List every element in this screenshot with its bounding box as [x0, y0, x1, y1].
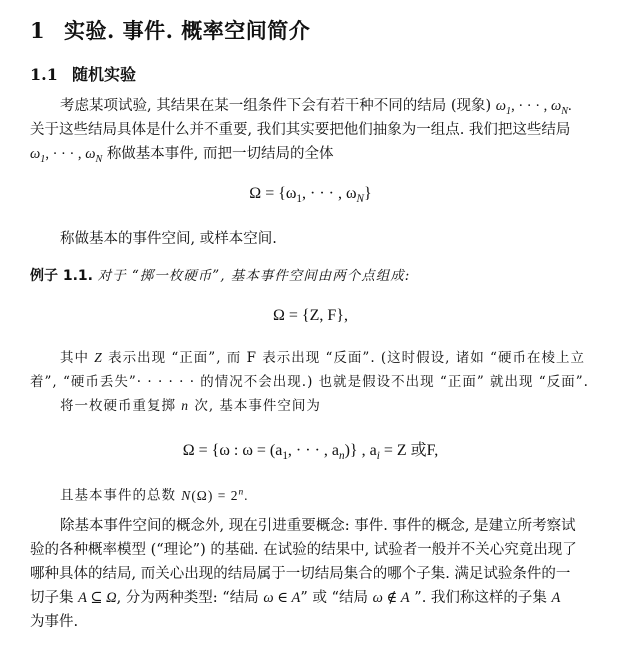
- paragraph3-line3: 哪种具体的结局, 而关心出现的结局属于一切结局集合的哪个子集. 满足试验条件的一: [30, 562, 570, 586]
- example-body-line2: 着”, “硬币丢失”· · · · · · 的情况不会出现.) 也就是假设不出现…: [30, 370, 589, 394]
- equation-repeated-toss: Ω = {ω : ω = (a1, · · · , an)} , ai = Z …: [0, 437, 621, 462]
- example-label: 例子 1.1.: [30, 268, 93, 284]
- subsection-heading: 1.1随机实验: [30, 62, 136, 85]
- paragraph3-line1: 除基本事件空间的概念外, 现在引进重要概念: 事件. 事件的概念, 是建立所考察…: [60, 514, 576, 538]
- equation-coin: Ω = {Z, F},: [0, 307, 621, 325]
- example-heading: 例子 1.1. 对于 “掷一枚硬币”, 基本事件空间由两个点组成:: [30, 264, 410, 288]
- equation-sample-space: Ω = {ω1, · · · , ωN}: [0, 185, 621, 205]
- example-body-line1: 其中 Z 表示出现 “正面”, 而 F 表示出现 “反面”. (这时假设, 诸如…: [60, 346, 585, 370]
- document-page: 1实验. 事件. 概率空间简介 1.1随机实验 考虑某项试验, 其结果在某一组条…: [0, 0, 621, 646]
- paragraph1-line2: 关于这些结局具体是什么并不重要, 我们其实要把他们抽象为一组点. 我们把这些结局: [30, 118, 570, 142]
- example-body-line3: 将一枚硬币重复掷 n 次, 基本事件空间为: [60, 394, 321, 418]
- section-heading: 1实验. 事件. 概率空间简介: [30, 15, 310, 45]
- count-line: 且基本事件的总数 N(Ω) = 2n.: [60, 480, 249, 508]
- paragraph1-line3: ω1, · · · , ωN 称做基本事件, 而把一切结局的全体: [30, 142, 334, 172]
- paragraph-text: 考虑某项试验, 其结果在某一组条件下会有若干种不同的结局 (现象): [60, 98, 491, 114]
- paragraph3-line5: 为事件.: [30, 610, 78, 634]
- paragraph2: 称做基本的事件空间, 或样本空间.: [60, 227, 277, 251]
- section-title: 实验. 事件. 概率空间简介: [64, 18, 310, 43]
- subsection-number: 1.1: [30, 65, 72, 84]
- paragraph3-line4: 切子集 A ⊆ Ω, 分为两种类型: “结局 ω ∈ A” 或 “结局 ω ∉ …: [30, 586, 560, 610]
- subsection-title: 随机实验: [72, 65, 136, 84]
- paragraph3-line2: 验的各种概率模型 (“理论”) 的基础. 在试验的结果中, 试验者一般并不关心究…: [30, 538, 577, 562]
- example-text: 对于 “掷一枚硬币”, 基本事件空间由两个点组成:: [98, 268, 411, 284]
- math-omega: ω1: [496, 98, 511, 114]
- section-number: 1: [30, 18, 64, 43]
- paragraph-text: 称做基本事件, 而把一切结局的全体: [107, 146, 334, 162]
